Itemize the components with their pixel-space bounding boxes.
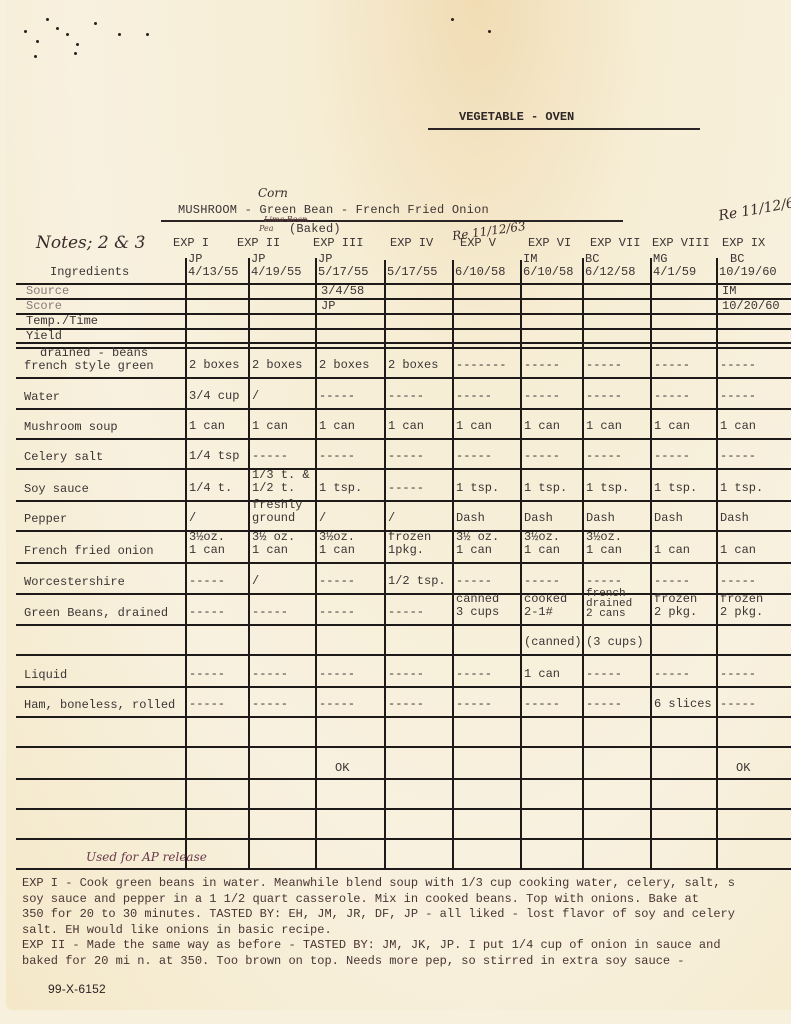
column-divider <box>520 260 522 868</box>
recipe-underline <box>161 220 623 222</box>
table-cell: (3 cups) <box>586 636 644 649</box>
table-cell: ----- <box>586 668 622 681</box>
table-cell: 3½ oz.1 can <box>456 531 499 557</box>
table-cell: ----- <box>524 390 560 403</box>
table-cell: ----- <box>252 698 288 711</box>
row-label: Ham, boneless, rolled <box>24 698 175 712</box>
column-divider <box>582 258 584 868</box>
table-cell: 1 tsp. <box>586 482 629 495</box>
experiment-date: 6/12/58 <box>585 266 635 279</box>
result-cell: OK <box>736 762 750 775</box>
table-cell: 1 can <box>654 544 690 557</box>
table-rule <box>16 313 791 315</box>
table-cell: ----- <box>586 698 622 711</box>
table-cell: Dash <box>720 512 749 525</box>
table-cell: 3½oz.1 can <box>319 531 355 557</box>
table-cell: ----- <box>586 390 622 403</box>
table-cell: ----- <box>720 359 756 372</box>
table-cell: ----- <box>654 359 690 372</box>
column-divider <box>452 260 454 868</box>
table-cell: 1 can <box>388 420 424 433</box>
table-cell: Dash <box>586 512 615 525</box>
table-cell: Dash <box>524 512 553 525</box>
table-cell: 1 can <box>252 420 288 433</box>
table-cell: frozen1pkg. <box>388 531 431 557</box>
table-rule <box>16 500 791 502</box>
table-rule <box>16 562 791 564</box>
table-rule <box>16 377 791 379</box>
row-label-source: Source <box>26 284 69 298</box>
column-divider <box>185 258 187 868</box>
table-cell: 3/4/58 <box>321 285 364 298</box>
handwritten-pea: Pea <box>259 224 274 233</box>
table-cell: ----- <box>586 359 622 372</box>
row-label-temp-time: Temp./Time <box>26 314 98 328</box>
table-cell: 1 can <box>586 420 622 433</box>
table-cell: / <box>388 512 395 525</box>
table-rule <box>16 868 791 870</box>
table-cell: frozen2 pkg. <box>720 593 763 619</box>
column-divider <box>716 258 718 868</box>
table-cell: ----- <box>720 450 756 463</box>
table-cell: ----- <box>189 668 225 681</box>
row-label: Soy sauce <box>24 482 89 496</box>
handwritten-revision-2: Re 11/12/63 <box>717 194 791 225</box>
table-cell: 1 can <box>654 420 690 433</box>
table-cell: ----- <box>388 482 424 495</box>
table-cell: ----- <box>720 390 756 403</box>
document-page: VEGETABLE - OVEN Corn MUSHROOM - Green B… <box>6 0 791 1010</box>
table-cell: / <box>252 390 259 403</box>
table-cell: ----- <box>189 698 225 711</box>
table-cell: 1/3 t. &1/2 t. <box>252 469 310 495</box>
experiment-date: 5/17/55 <box>387 266 437 279</box>
table-cell: canned3 cups <box>456 593 499 619</box>
table-cell: / <box>252 575 259 588</box>
table-cell: ----- <box>319 450 355 463</box>
experiment-label: EXP IX <box>722 237 765 250</box>
table-cell: ----- <box>720 698 756 711</box>
page-title: VEGETABLE - OVEN <box>459 110 574 124</box>
table-cell: 1 tsp. <box>524 482 567 495</box>
row-label: French fried onion <box>24 544 154 558</box>
table-cell: 1 can <box>720 420 756 433</box>
table-rule <box>16 808 791 810</box>
table-rule <box>16 468 791 470</box>
table-cell: 1 tsp. <box>456 482 499 495</box>
table-cell: ----- <box>456 450 492 463</box>
table-cell: 3½oz.1 can <box>524 531 560 557</box>
row-label: Mushroom soup <box>24 420 118 434</box>
table-rule <box>16 746 791 748</box>
table-cell: ----- <box>720 575 756 588</box>
table-cell: JP <box>321 300 335 313</box>
table-rule <box>16 342 791 344</box>
table-cell: ----- <box>319 575 355 588</box>
row-label-line1: drained - beans <box>40 346 148 360</box>
table-cell: 2 boxes <box>319 359 369 372</box>
row-label: Water <box>24 390 60 404</box>
table-cell: ----- <box>252 450 288 463</box>
table-rule <box>16 778 791 780</box>
experiment-date: 6/10/58 <box>455 266 505 279</box>
row-label: Worcestershire <box>24 575 125 589</box>
handwritten-release-note: Used for AP release <box>86 850 207 864</box>
notes-line: salt. EH would like onions in basic reci… <box>22 923 332 939</box>
table-cell: ----- <box>524 359 560 372</box>
table-cell: frozen2 pkg. <box>654 593 697 619</box>
table-cell: ----- <box>388 668 424 681</box>
table-cell: 3/4 cup <box>189 390 239 403</box>
row-label: Liquid <box>24 668 67 682</box>
table-cell: ----- <box>189 606 225 619</box>
table-rule <box>16 408 791 410</box>
table-cell: 6 slices <box>654 698 712 711</box>
experiment-label: EXP III <box>313 237 363 250</box>
table-cell: (canned) <box>524 636 582 649</box>
table-cell: ----- <box>720 668 756 681</box>
table-cell: ----- <box>388 698 424 711</box>
experiment-date: 4/1/59 <box>653 266 696 279</box>
row-label-score: Score <box>26 299 62 313</box>
table-cell: ----- <box>319 668 355 681</box>
form-number: 99-X-6152 <box>48 982 106 996</box>
table-rule <box>16 624 791 626</box>
ingredients-header: Ingredients <box>50 265 129 279</box>
experiment-label: EXP V <box>460 237 496 250</box>
experiment-label: EXP VI <box>528 237 571 250</box>
experiment-date: 4/19/55 <box>251 266 301 279</box>
table-cell: / <box>319 512 326 525</box>
column-divider <box>248 258 250 868</box>
table-cell: ----- <box>524 450 560 463</box>
table-cell: 1 tsp. <box>654 482 697 495</box>
table-cell: 1/2 tsp. <box>388 575 446 588</box>
table-cell: ----- <box>654 390 690 403</box>
notes-line: EXP II - Made the same way as before - T… <box>22 938 721 954</box>
table-cell: IM <box>722 285 736 298</box>
table-cell: 1 can <box>189 420 225 433</box>
table-cell: frenchdrained2 cans <box>586 589 632 619</box>
table-cell: 1/4 tsp <box>189 450 239 463</box>
table-cell: ----- <box>524 698 560 711</box>
table-cell: ----- <box>456 668 492 681</box>
table-cell: ----- <box>319 698 355 711</box>
row-label-yield: Yield <box>26 329 62 343</box>
table-cell: ----- <box>252 606 288 619</box>
table-rule <box>16 328 791 330</box>
table-cell: ----- <box>319 390 355 403</box>
notes-line: baked for 20 mi n. at 350. Too brown on … <box>22 954 685 970</box>
table-cell: ----- <box>456 390 492 403</box>
table-cell: ------- <box>456 359 506 372</box>
table-cell: ----- <box>456 698 492 711</box>
table-rule <box>16 686 791 688</box>
experiment-label: EXP II <box>237 237 280 250</box>
notes-line: EXP I - Cook green beans in water. Meanw… <box>22 876 735 892</box>
table-cell: freshlyground <box>252 499 302 525</box>
table-rule <box>16 716 791 718</box>
table-cell: ----- <box>388 606 424 619</box>
experiment-date: 10/19/60 <box>719 266 777 279</box>
row-label: Celery salt <box>24 450 103 464</box>
recipe-name: MUSHROOM - Green Bean - French Fried Oni… <box>178 203 489 217</box>
column-divider <box>315 258 317 868</box>
table-cell: 1 can <box>456 420 492 433</box>
table-cell: ----- <box>654 668 690 681</box>
table-cell: Dash <box>456 512 485 525</box>
table-cell: 1/4 t. <box>189 482 232 495</box>
table-cell: 10/20/60 <box>722 300 780 313</box>
handwritten-corn: Corn <box>258 186 288 200</box>
row-label: french style green <box>24 359 154 373</box>
table-cell: ----- <box>586 575 622 588</box>
table-cell: ----- <box>388 450 424 463</box>
row-label: Green Beans, drained <box>24 606 168 620</box>
experiment-date: 4/13/55 <box>188 266 238 279</box>
experiment-date: 5/17/55 <box>318 266 368 279</box>
table-cell: 3½oz.1 can <box>586 531 622 557</box>
table-cell: Dash <box>654 512 683 525</box>
experiment-label: EXP VIII <box>652 237 710 250</box>
experiment-label: EXP VII <box>590 237 640 250</box>
column-divider <box>650 258 652 868</box>
table-cell: ----- <box>654 575 690 588</box>
experiment-date: 6/10/58 <box>523 266 573 279</box>
table-cell: 3½oz.1 can <box>189 531 225 557</box>
table-cell: ----- <box>524 575 560 588</box>
table-cell: 1 tsp. <box>319 482 362 495</box>
row-label: Pepper <box>24 512 67 526</box>
table-cell: ----- <box>388 390 424 403</box>
result-cell: OK <box>335 762 349 775</box>
table-rule <box>16 298 791 300</box>
experiment-label: EXP IV <box>390 237 433 250</box>
table-cell: 1 can <box>720 544 756 557</box>
table-cell: ----- <box>586 450 622 463</box>
table-rule <box>16 438 791 440</box>
table-cell: 1 can <box>524 420 560 433</box>
column-divider <box>384 260 386 868</box>
table-cell: ----- <box>319 606 355 619</box>
table-cell: / <box>189 512 196 525</box>
table-rule <box>16 283 791 285</box>
handwritten-notes: Notes; 2 & 3 <box>36 233 145 253</box>
table-cell: 3½ oz.1 can <box>252 531 295 557</box>
table-cell: 1 tsp. <box>720 482 763 495</box>
table-rule <box>16 654 791 656</box>
table-cell: 2 boxes <box>252 359 302 372</box>
table-cell: ----- <box>456 575 492 588</box>
table-cell: ----- <box>252 668 288 681</box>
table-cell: ----- <box>189 575 225 588</box>
notes-line: soy sauce and pepper in a 1 1/2 quart ca… <box>22 892 699 908</box>
table-cell: ----- <box>654 450 690 463</box>
title-underline <box>428 128 700 130</box>
experiment-label: EXP I <box>173 237 209 250</box>
table-cell: 2 boxes <box>388 359 438 372</box>
recipe-subtitle: (Baked) <box>289 222 341 236</box>
table-cell: cooked2-1# <box>524 593 567 619</box>
notes-line: 350 for 20 to 30 minutes. TASTED BY: EH,… <box>22 907 735 923</box>
table-cell: 2 boxes <box>189 359 239 372</box>
table-rule <box>16 838 791 840</box>
table-cell: 1 can <box>319 420 355 433</box>
table-cell: 1 can <box>524 668 560 681</box>
